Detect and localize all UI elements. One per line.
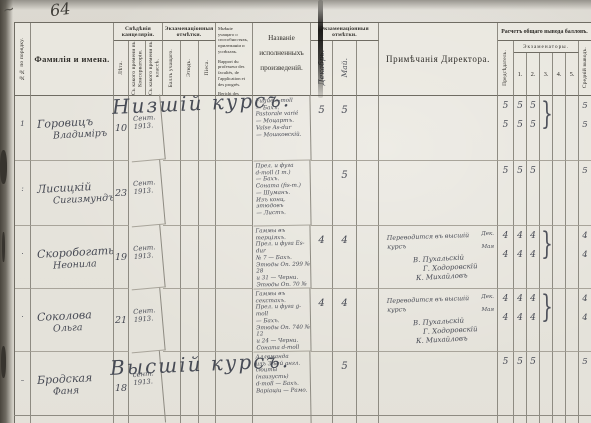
student-name-cell: Горовицъ Владиміръ (31, 96, 114, 161)
blank-mark-cell (357, 96, 379, 161)
mark-line-1: 4 (527, 231, 539, 250)
examiner-3-mark-cell (540, 352, 553, 423)
etude-mark-cell (181, 226, 199, 289)
examiner-4-mark-cell (553, 352, 566, 423)
average-mark-cell: 5 (579, 352, 591, 423)
blank-mark-cell (357, 226, 379, 289)
examiner-1-mark-cell: 5 5 (514, 96, 527, 161)
examiner-4-mark-cell (553, 226, 566, 289)
mark-line-1: 5 (514, 101, 526, 120)
row-divider-line (14, 415, 591, 416)
col-header-name: Фамилія и имена. (31, 23, 114, 96)
col-header-etude-label: Этюдъ. (186, 59, 192, 77)
etude-mark-cell (181, 161, 199, 226)
blank-mark-cell (357, 352, 379, 423)
col-header-piece: Піеса. (199, 41, 216, 96)
examiner-1-mark-cell: 4 4 (514, 289, 527, 352)
mark-line-1: 4 (527, 294, 539, 313)
col-header-examiner-1-label: 1. (518, 71, 523, 78)
signature-1 (413, 357, 497, 361)
student-mark-cell (163, 226, 181, 289)
average-mark-cell: 4 4 (579, 226, 591, 289)
examiner-5-mark-cell (566, 226, 579, 289)
mark-line-1: 5 (498, 357, 513, 376)
mark-line-1: 5 (527, 101, 539, 120)
mark-line-2: 4 (514, 250, 526, 269)
col-header-age: Лѣта. (114, 41, 129, 96)
group-header-score-calculation: Расчетъ общаго вывода балловъ. (498, 23, 591, 41)
examiner-1-mark-cell: 5 (514, 352, 527, 423)
pieces-performed-cell: Прел. и фуга d-moll (I т.) — Бахъ. Сонат… (252, 160, 311, 226)
mark-line-1: 5 (498, 166, 513, 185)
signature-1 (413, 101, 497, 105)
student-name-cell: Скоробогатько Неонила (31, 226, 114, 289)
examiner-4-mark-cell (553, 96, 566, 161)
group-header-office-info-label: Свѣдѣнія канцеляріи. (114, 26, 162, 38)
mark-line-1: 5 (514, 166, 526, 185)
average-mark-cell: 5 (579, 161, 591, 226)
december-mark-cell (311, 161, 333, 226)
examiner-3-mark-cell: } (540, 289, 553, 352)
average-line-1: 4 (579, 294, 591, 313)
mark-line-2: 4 (514, 313, 526, 332)
piece-mark-cell (199, 161, 216, 226)
row-number: – (15, 352, 31, 423)
col-header-blank (357, 41, 379, 96)
col-header-pieces-performed: Названіе исполненныхъ произведеній. (253, 23, 311, 96)
examiner-2-mark-cell: 5 5 (527, 96, 540, 161)
col-header-teacher-opinion: Мнѣніе учащаго о способностяхъ, прилежан… (216, 23, 253, 96)
examiner-5-mark-cell (566, 161, 579, 226)
december-mark-cell: 5 (311, 96, 333, 161)
director-note (387, 166, 497, 170)
examiner-5-mark-cell (566, 289, 579, 352)
mark-line-1: 4 (514, 231, 526, 250)
grouping-brace: } (541, 229, 553, 260)
signature-1 (413, 166, 497, 170)
mark-line-1: 5 (527, 166, 539, 185)
col-header-director-remarks-label: Примѣчанія Директора. (386, 54, 490, 64)
scanned-ledger-page: 64 ∼ №№ по порядку. Фамилія и имена. Свѣ… (0, 0, 591, 423)
average-line-2 (579, 376, 591, 395)
mark-line-1: 5 (498, 101, 513, 120)
december-mark-cell: 4 (311, 226, 333, 289)
chairman-mark-cell: 5 5 (498, 96, 514, 161)
col-header-examiner-3: 3. (540, 53, 553, 96)
mark-line-2 (514, 376, 526, 395)
director-note (387, 101, 497, 105)
teacher-opinion-cell (216, 226, 253, 289)
examiner-2-mark-cell: 4 4 (527, 226, 540, 289)
mark-line-2: 4 (498, 313, 513, 332)
col-header-average-label: Средній выводъ. (582, 47, 588, 88)
row-number: · (15, 289, 31, 352)
col-header-since-conservatory: Съ какого времени въ Консерваторіи. (129, 41, 146, 96)
may-mark-cell: 5 (333, 352, 357, 423)
examiner-3-mark-cell: } (540, 96, 553, 161)
col-header-piece-label: Піеса. (204, 60, 210, 75)
mark-line-2: 4 (527, 313, 539, 332)
signature-2 (423, 101, 497, 105)
director-remarks-cell: Дек. Мая Переводится въ высшій курсъ В. … (379, 289, 498, 352)
register-table: №№ по порядку. Фамилія и имена. Свѣдѣнія… (14, 22, 591, 423)
col-header-examiner-2-label: 2. (531, 71, 536, 78)
mark-line-2 (527, 376, 539, 395)
blank-mark-cell (357, 289, 379, 352)
mark-line-2 (498, 376, 513, 395)
grouping-brace: } (541, 292, 553, 323)
signature-2 (423, 166, 497, 170)
examiner-1-mark-cell: 4 4 (514, 226, 527, 289)
col-header-examiner-4-label: 4. (557, 71, 562, 78)
signature-3 (416, 166, 497, 170)
pieces-performed-cell: Гаммы въ терціяхъ. Прел. и фуга Es-dur №… (252, 225, 311, 289)
folio-number: 64 (49, 0, 72, 20)
etude-mark-cell (181, 289, 199, 352)
col-header-since-conservatory-label: Съ какого времени въ Консерваторіи. (131, 41, 144, 95)
examiner-4-mark-cell (553, 161, 566, 226)
teacher-opinion-russian: Мнѣніе учащаго о способностяхъ, прилежан… (218, 26, 250, 55)
row-number: 1 (15, 96, 31, 161)
student-firstname: Фаня (53, 383, 113, 397)
col-header-name-label: Фамилія и имена. (34, 54, 109, 64)
examiner-3-mark-cell (540, 161, 553, 226)
group-header-exam-marks-left-label: Экзаменаціонныя отмѣтки. (163, 26, 215, 38)
director-remarks-cell: Дек. Мая Переводится въ высшій курсъ В. … (379, 226, 498, 289)
col-header-director-remarks: Примѣчанія Директора. (379, 23, 498, 96)
signature-3 (416, 357, 497, 361)
enrolled-since-cell: Сент. 1913. (126, 160, 166, 228)
col-header-chairman-label: Предсѣдатель. (502, 50, 508, 86)
examiner-3-mark-cell: } (540, 226, 553, 289)
student-mark-cell (163, 161, 181, 226)
examiner-4-mark-cell (553, 289, 566, 352)
mark-line-2 (498, 185, 513, 204)
row-number: : (15, 161, 31, 226)
col-header-examiner-4: 4. (553, 53, 566, 96)
mark-line-2 (514, 185, 526, 204)
sub-header-examiners: Экзаменаторы. (514, 41, 579, 53)
examiner-2-mark-cell: 5 (527, 352, 540, 423)
chairman-mark-cell: 5 (498, 352, 514, 423)
col-header-row-number: №№ по порядку. (15, 23, 31, 96)
col-header-examiner-1: 1. (514, 53, 527, 96)
scan-smudge (318, 0, 323, 98)
student-name-cell: Соколова Ольга (31, 289, 114, 352)
group-header-office-info: Свѣдѣнія канцеляріи. (114, 23, 163, 41)
mark-line-2: 4 (527, 250, 539, 269)
average-line-1: 4 (579, 231, 591, 250)
examiner-2-mark-cell: 5 (527, 161, 540, 226)
row-number: · (15, 226, 31, 289)
mark-line-1: 5 (514, 357, 526, 376)
mark-line-2: 5 (498, 120, 513, 139)
col-header-examiner-5-label: 5. (570, 71, 575, 78)
col-header-average: Средній выводъ. (579, 41, 591, 96)
chairman-mark-cell: 4 4 (498, 289, 514, 352)
examiner-2-mark-cell: 4 4 (527, 289, 540, 352)
pieces-performed-cell: Гаммы въ секстахъ. Прел. и фуга g-moll —… (252, 288, 311, 352)
director-remarks-cell (379, 96, 498, 161)
signature-3 (416, 101, 497, 105)
col-header-since-class: Съ какого времени въ классѣ. (146, 41, 163, 96)
examiner-5-mark-cell (566, 96, 579, 161)
mark-line-1: 4 (498, 231, 513, 250)
mark-line-2: 5 (514, 120, 526, 139)
signature-2 (423, 357, 497, 361)
col-header-examiner-3-label: 3. (544, 71, 549, 78)
student-firstname: Ольга (53, 320, 113, 334)
average-line-2: 4 (579, 313, 591, 332)
average-line-1: 5 (579, 101, 591, 120)
mark-line-2 (527, 185, 539, 204)
blank-mark-cell (357, 161, 379, 226)
col-header-age-label: Лѣта. (118, 61, 124, 75)
may-mark-cell: 5 (333, 161, 357, 226)
chairman-mark-cell: 5 (498, 161, 514, 226)
col-header-since-class-label: Съ какого времени въ классѣ. (148, 41, 161, 95)
student-name-cell: Бродская Фаня (31, 352, 114, 423)
may-mark-cell: 5 (333, 96, 357, 161)
mark-line-1: 4 (498, 294, 513, 313)
mark-line-2: 5 (527, 120, 539, 139)
director-remarks-cell (379, 352, 498, 423)
enrolled-since-cell: Сент. 1913. (126, 225, 165, 291)
mark-line-1: 4 (514, 294, 526, 313)
december-mark-cell (311, 352, 333, 423)
col-header-may-exam: Май. (333, 41, 357, 96)
col-header-examiner-5: 5. (566, 53, 579, 96)
group-header-score-calculation-label: Расчетъ общаго вывода балловъ. (501, 29, 588, 35)
teacher-opinion-cell (216, 289, 253, 352)
teacher-opinion-french: Rapport du professeur des facultés, de l… (218, 59, 250, 88)
col-header-may-exam-label: Май. (340, 58, 349, 77)
grouping-brace: } (541, 99, 553, 130)
col-header-etude: Этюдъ. (181, 41, 199, 96)
examiner-1-mark-cell: 5 (514, 161, 527, 226)
average-mark-cell: 5 5 (579, 96, 591, 161)
director-remarks-cell (379, 161, 498, 226)
mark-line-1: 5 (527, 357, 539, 376)
average-line-2: 4 (579, 250, 591, 269)
may-mark-cell: 4 (333, 289, 357, 352)
piece-mark-cell (199, 226, 216, 289)
student-mark-cell (163, 289, 181, 352)
sub-header-examiners-label: Экзаменаторы. (523, 44, 569, 50)
student-name-cell: Лисицкій Сигизмундъ (31, 161, 114, 226)
col-header-row-number-label: №№ по порядку. (19, 38, 25, 81)
torn-left-edge (0, 0, 13, 423)
mark-line-2: 4 (498, 250, 513, 269)
teacher-opinion-cell (216, 161, 253, 226)
col-header-student-mark-label: Баллъ учащаго. (168, 49, 174, 87)
director-note (387, 357, 497, 361)
average-line-1: 5 (579, 357, 591, 376)
chairman-mark-cell: 4 4 (498, 226, 514, 289)
may-mark-cell: 4 (333, 226, 357, 289)
enrolled-since-cell: Сент. 1913. (126, 288, 165, 354)
col-header-examiner-2: 2. (527, 53, 540, 96)
student-firstname: Сигизмундъ (53, 192, 113, 206)
average-mark-cell: 4 4 (579, 289, 591, 352)
piece-mark-cell (199, 289, 216, 352)
examiner-5-mark-cell (566, 352, 579, 423)
average-line-2: 5 (579, 120, 591, 139)
col-header-chairman: Предсѣдатель. (498, 41, 514, 96)
student-firstname: Владиміръ (53, 127, 113, 141)
student-firstname: Неонила (53, 257, 113, 271)
average-line-2 (579, 185, 591, 204)
group-header-exam-marks-left: Экзаменаціонныя отмѣтки. (163, 23, 216, 41)
average-line-1: 5 (579, 166, 591, 185)
december-mark-cell: 4 (311, 289, 333, 352)
corner-pen-mark: ∼ (1, 1, 16, 20)
col-header-student-mark: Баллъ учащаго. (163, 41, 181, 96)
